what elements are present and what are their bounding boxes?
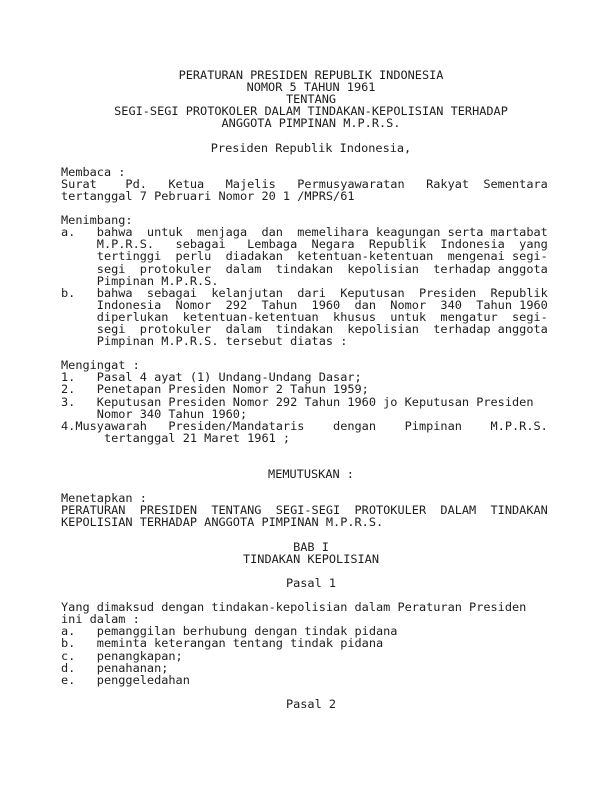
doc-line: b. meminta keterangan tentang tindak pid… [61,637,561,649]
text-column: PERATURAN PRESIDEN REPUBLIK INDONESIANOM… [61,69,561,710]
doc-line: Presiden Republik Indonesia, [61,142,561,154]
doc-line [61,154,561,166]
doc-line: tertinggi perlu diadakan ketentuan-keten… [61,250,561,262]
doc-line: b. bahwa sebagai kelanjutan dari Keputus… [61,287,561,299]
doc-line: d. penahanan; [61,662,561,674]
doc-line: tertanggal 7 Pebruari Nomor 20 1 /MPRS/6… [61,190,561,202]
doc-line: MEMUTUSKAN : [61,468,561,480]
doc-line [61,129,561,141]
doc-line [61,444,561,456]
doc-line: Pimpinan M.P.R.S. tersebut diatas : [61,335,561,347]
doc-line: 4.Musyawarah Presiden/Mandataris dengan … [61,420,561,432]
doc-line: Nomor 340 Tahun 1960; [61,408,561,420]
doc-line: Pasal 2 [61,698,561,710]
doc-line [61,202,561,214]
doc-line: Pimpinan M.P.R.S. [61,275,561,287]
doc-line: Pasal 1 [61,577,561,589]
doc-line: 2. Penetapan Presiden Nomor 2 Tahun 1959… [61,383,561,395]
doc-line: BAB I [61,541,561,553]
doc-line: c. penangkapan; [61,650,561,662]
doc-line [61,529,561,541]
doc-line: e. penggeledahan [61,674,561,686]
doc-line: KEPOLISIAN TERHADAP ANGGOTA PIMPINAN M.P… [61,516,561,528]
doc-line: 3. Keputusan Presiden Nomor 292 Tahun 19… [61,396,561,408]
doc-line: ANGGOTA PIMPINAN M.P.R.S. [61,117,561,129]
document-page: PERATURAN PRESIDEN REPUBLIK INDONESIANOM… [0,0,612,792]
doc-line: segi protokuler dalam tindakan kepolisia… [61,263,561,275]
doc-line: tertanggal 21 Maret 1961 ; [61,432,561,444]
doc-line: TINDAKAN KEPOLISIAN [61,553,561,565]
